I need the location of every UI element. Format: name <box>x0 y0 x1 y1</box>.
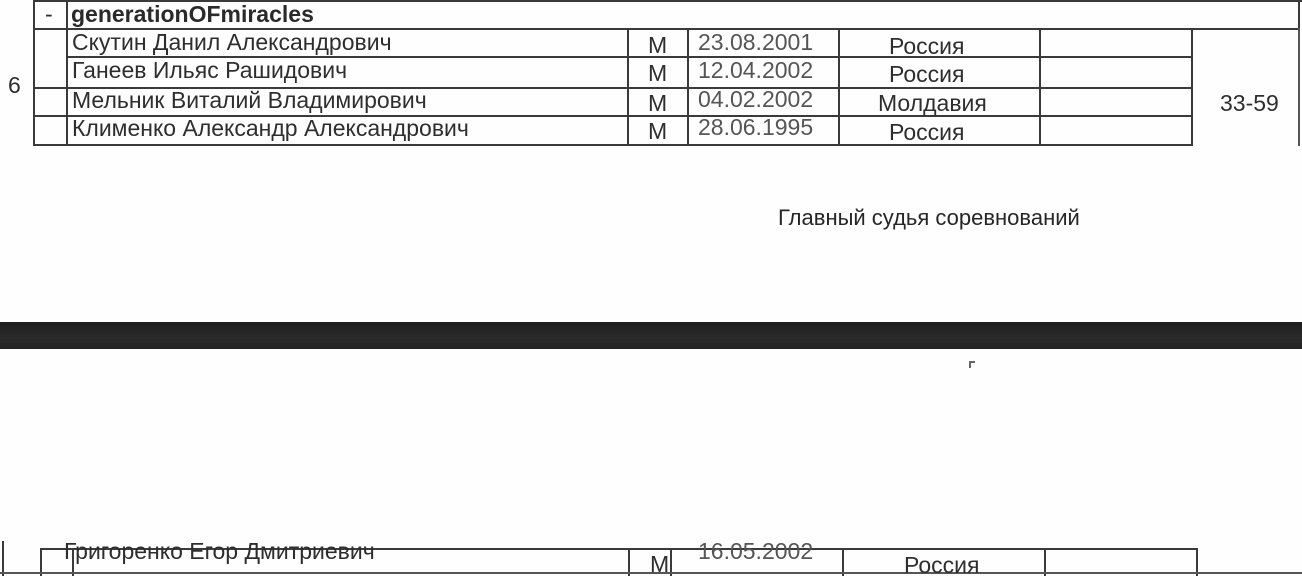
member-birthdate: 28.06.1995 <box>698 116 813 139</box>
member-name: Ганеев Ильяс Рашидович <box>72 59 347 82</box>
member-gender: М <box>648 120 667 143</box>
team-name: generationOFmiracles <box>71 3 314 26</box>
member-country: Россия <box>889 63 964 86</box>
member-name: Скутин Данил Александрович <box>72 31 392 54</box>
member-name: Мельник Виталий Владимирович <box>72 89 427 112</box>
team-number: 6 <box>8 74 21 97</box>
chief-judge-label: Главный судья соревнований <box>778 207 1080 229</box>
member-gender: М <box>648 62 667 85</box>
member-birthdate: 12.04.2002 <box>698 59 813 82</box>
member-gender: М <box>648 92 667 115</box>
member-birthdate: 23.08.2001 <box>698 31 813 54</box>
member-name: Клименко Александр Александрович <box>72 117 469 140</box>
page-separator <box>0 322 1302 349</box>
scan-mark <box>969 361 975 368</box>
member-country: Россия <box>889 35 964 58</box>
member-gender: М <box>648 34 667 57</box>
team-range: 33-59 <box>1220 92 1279 115</box>
team-marker: - <box>45 3 53 26</box>
member-birthdate: 04.02.2002 <box>698 88 813 111</box>
member-name: Григоренко Егор Дмитриевич <box>64 540 375 563</box>
member-country: Россия <box>904 554 979 576</box>
document-page-1: - generationOFmiracles 6 Скутин Данил Ал… <box>0 0 1302 322</box>
member-gender: М <box>650 553 669 576</box>
member-country: Россия <box>889 121 964 144</box>
member-country: Молдавия <box>878 92 987 115</box>
member-birthdate: 16.05.2002 <box>698 540 813 563</box>
